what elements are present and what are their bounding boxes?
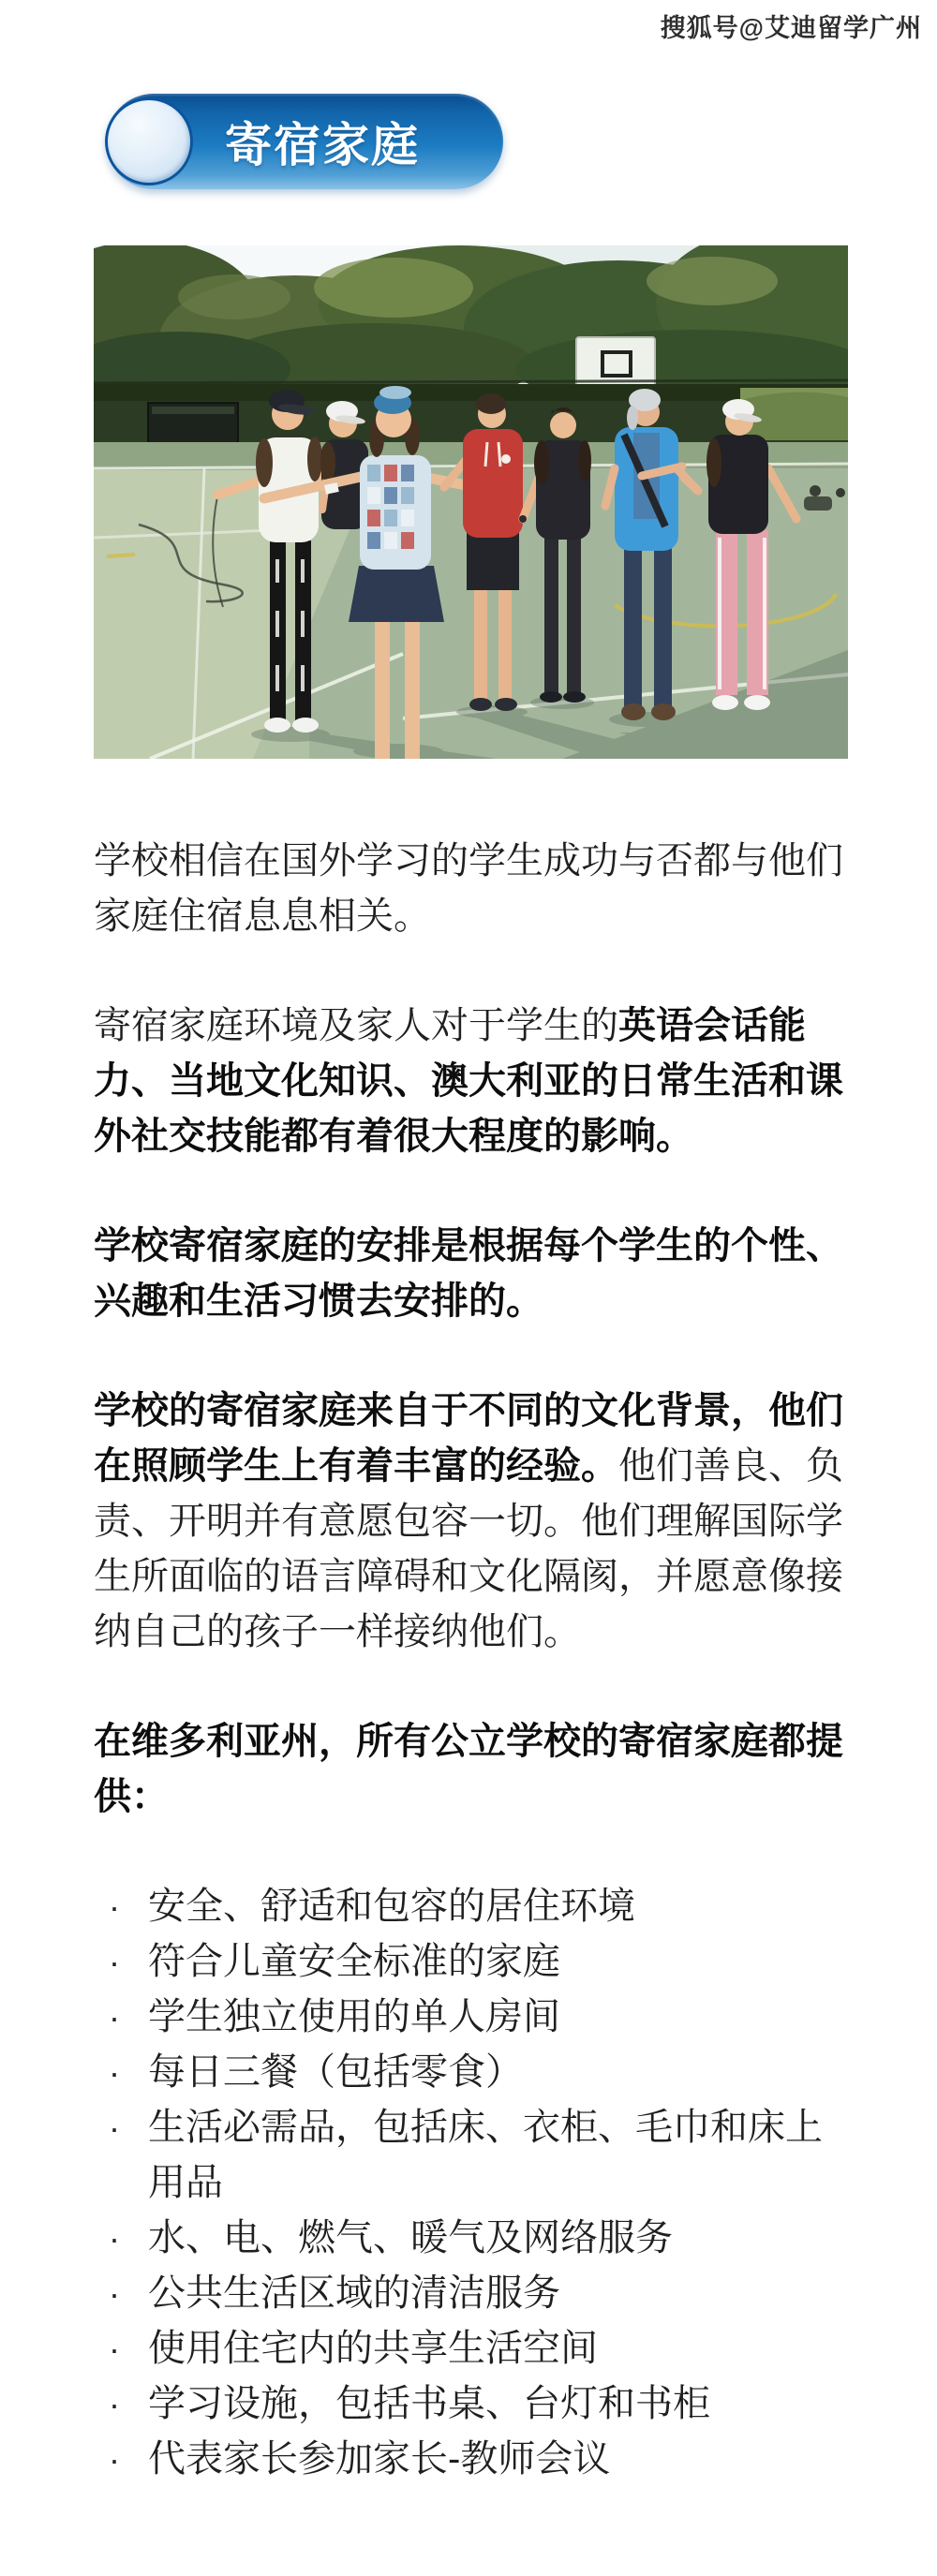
bullet-dot: · [109,2376,148,2432]
list-item-text: 学生独立使用的单人房间 [148,1990,858,2045]
bullet-dot: · [109,2100,148,2155]
list-item-text: 每日三餐（包括零食） [148,2045,858,2100]
list-item: ·代表家长参加家长-教师会议 [94,2432,858,2487]
text-segment-bold: 学校寄宿家庭的安排是根据每个学生的个性、兴趣和生活习惯去安排的。 [94,1225,843,1322]
list-item-text: 公共生活区域的清洁服务 [148,2266,858,2321]
bullet-dot: · [109,1934,148,1990]
bullet-dot: · [109,1879,148,1934]
list-item-text: 水、电、燃气、暖气及网络服务 [148,2211,858,2266]
list-item-text: 代表家长参加家长-教师会议 [148,2432,858,2487]
list-item: ·安全、舒适和包容的居住环境 [94,1879,858,1934]
list-item: ·使用住宅内的共享生活空间 [94,2321,858,2376]
badge-circle-icon [105,97,193,185]
paragraph-1: 学校相信在国外学习的学生成功与否都与他们家庭住宿息息相关。 [94,834,858,944]
bullet-dot: · [109,1990,148,2045]
section-badge: 寄宿家庭 [106,94,503,189]
provisions-list: ·安全、舒适和包容的居住环境 ·符合儿童安全标准的家庭 ·学生独立使用的单人房间… [94,1879,858,2487]
bullet-dot: · [109,2211,148,2266]
bullet-dot: · [109,2266,148,2321]
paragraph-4: 学校的寄宿家庭来自于不同的文化背景，他们在照顾学生上有着丰富的经验。他们善良、负… [94,1384,858,1660]
bullet-dot: · [109,2321,148,2376]
list-item-text: 生活必需品，包括床、衣柜、毛巾和床上用品 [148,2100,858,2211]
list-item: ·学生独立使用的单人房间 [94,1990,858,2045]
article-body: 学校相信在国外学习的学生成功与否都与他们家庭住宿息息相关。 寄宿家庭环境及家人对… [94,834,858,2487]
text-segment: 学校相信在国外学习的学生成功与否都与他们家庭住宿息息相关。 [94,840,843,937]
list-item-text: 安全、舒适和包容的居住环境 [148,1879,858,1934]
section-title: 寄宿家庭 [225,108,420,175]
list-item-text: 学习设施，包括书桌、台灯和书柜 [148,2376,858,2432]
list-item-text: 符合儿童安全标准的家庭 [148,1934,858,1990]
list-item-text: 使用住宅内的共享生活空间 [148,2321,858,2376]
list-item: ·公共生活区域的清洁服务 [94,2266,858,2321]
list-item: ·符合儿童安全标准的家庭 [94,1934,858,1990]
watermark-sohu: 搜狐号@艾迪留学广州 [661,7,922,44]
photo-illustration [94,245,848,759]
list-item: ·水、电、燃气、暖气及网络服务 [94,2211,858,2266]
text-segment-bold: 在维多利亚州，所有公立学校的寄宿家庭都提供： [94,1721,843,1817]
list-item: ·生活必需品，包括床、衣柜、毛巾和床上用品 [94,2100,858,2211]
paragraph-3: 学校寄宿家庭的安排是根据每个学生的个性、兴趣和生活习惯去安排的。 [94,1219,858,1329]
article-page: 搜狐号@艾迪留学广州 寄宿家庭 [0,0,937,2576]
paragraph-2: 寄宿家庭环境及家人对于学生的英语会话能力、当地文化知识、澳大利亚的日常生活和课外… [94,999,858,1164]
list-item: ·学习设施，包括书桌、台灯和书柜 [94,2376,858,2432]
paragraph-5: 在维多利亚州，所有公立学校的寄宿家庭都提供： [94,1714,858,1825]
list-item: ·每日三餐（包括零食） [94,2045,858,2100]
bullet-dot: · [109,2432,148,2487]
homestay-group-photo [94,245,848,759]
text-segment: 寄宿家庭环境及家人对于学生的 [94,1005,618,1046]
bullet-dot: · [109,2045,148,2100]
